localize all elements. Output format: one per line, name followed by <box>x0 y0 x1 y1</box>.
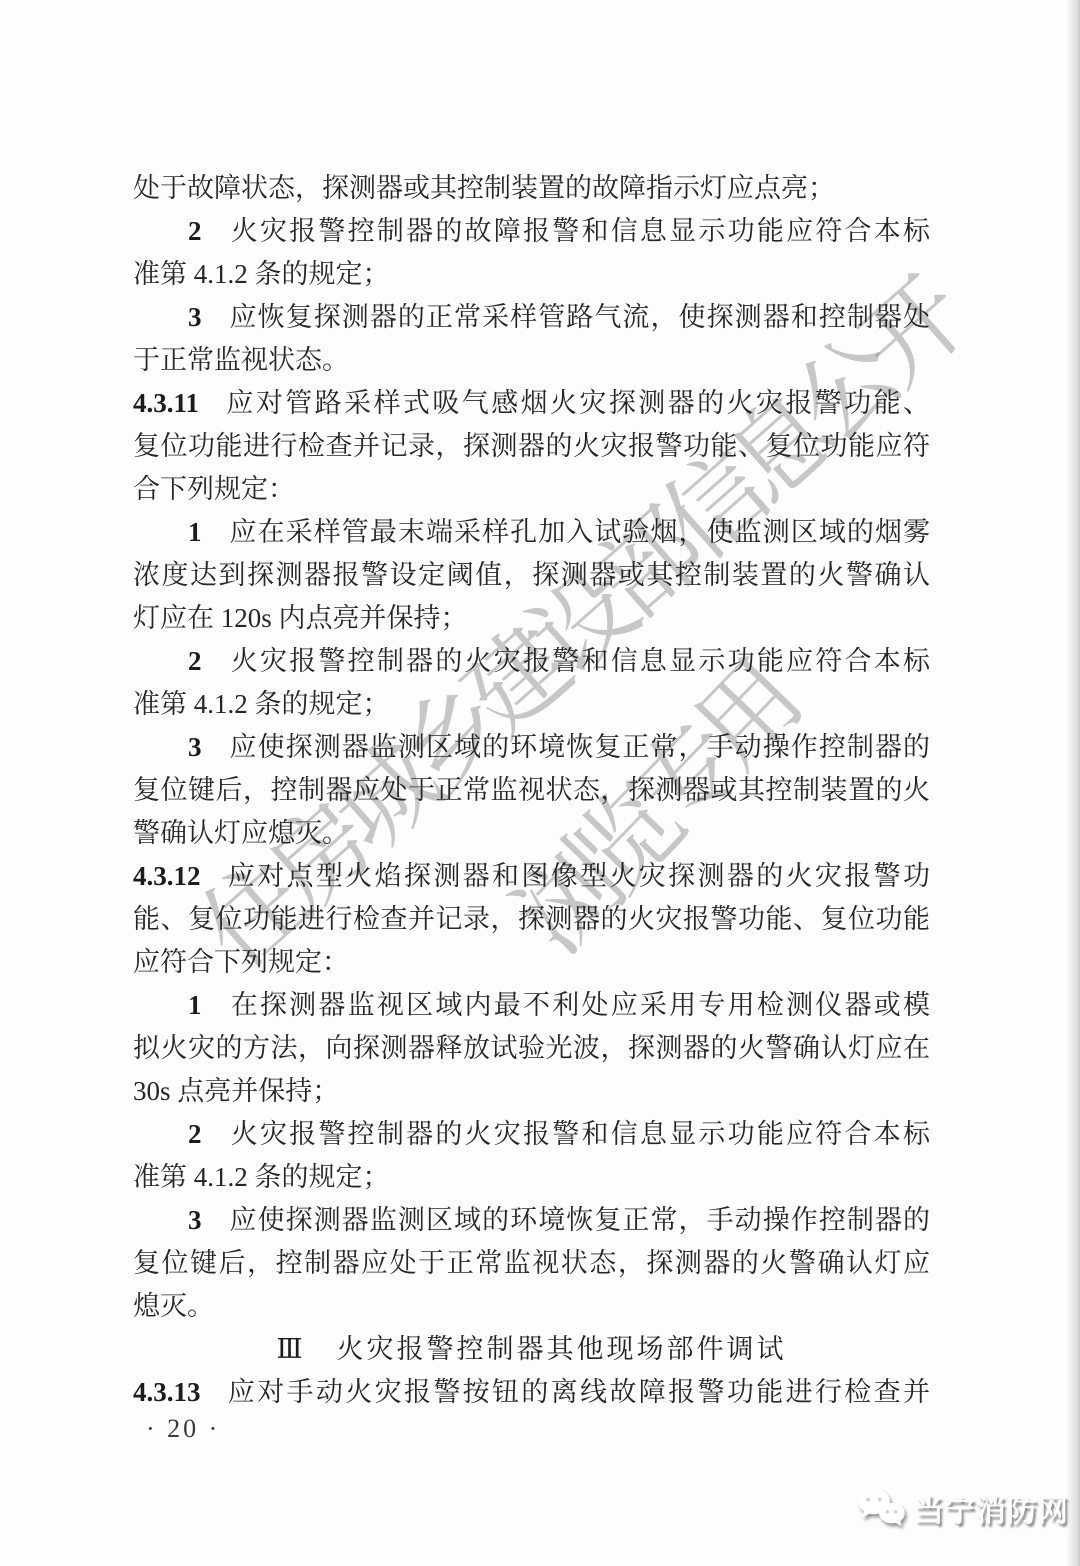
clause-number: 2 <box>188 646 202 676</box>
scan-edge-shading <box>1066 0 1080 1566</box>
text-line: 准第 4.1.2 条的规定； <box>133 1156 930 1199</box>
clause-number: 3 <box>188 1205 202 1235</box>
line-text: 熄灭。 <box>133 1291 214 1321</box>
text-line: 准第 4.1.2 条的规定； <box>133 253 930 296</box>
line-text: 应符合下列规定： <box>133 947 349 977</box>
text-line: 4.3.13应对手动火灾报警按钮的离线故障报警功能进行检查并 <box>133 1371 930 1414</box>
text-line: 3应使探测器监测区域的环境恢复正常，手动操作控制器的 <box>133 726 930 769</box>
section-heading: Ⅲ火灾报警控制器其他现场部件调试 <box>133 1328 930 1371</box>
line-text: 合下列规定： <box>133 474 295 504</box>
line-text: 准第 4.1.2 条的规定； <box>133 1162 390 1192</box>
page-number: · 20 · <box>146 1414 220 1444</box>
text-line: 灯应在 120s 内点亮并保持； <box>133 597 930 640</box>
text-line: 熄灭。 <box>133 1285 930 1328</box>
clause-number: 1 <box>188 990 202 1020</box>
line-text: 应对管路采样式吸气感烟火灾探测器的火灾报警功能、 <box>224 388 930 418</box>
heading-numeral: Ⅲ <box>276 1334 302 1364</box>
line-text: 火灾报警控制器的故障报警和信息显示功能应符合本标 <box>229 216 931 246</box>
text-line: 2火灾报警控制器的故障报警和信息显示功能应符合本标 <box>133 210 930 253</box>
line-text: 浓度达到探测器报警设定阈值，探测器或其控制装置的火警确认 <box>133 560 930 590</box>
line-text: 应对手动火灾报警按钮的离线故障报警功能进行检查并 <box>226 1377 931 1407</box>
text-line: 拟火灾的方法，向探测器释放试验光波，探测器的火警确认灯应在 <box>133 1027 930 1070</box>
line-text: 火灾报警控制器的火灾报警和信息显示功能应符合本标 <box>229 1119 931 1149</box>
clause-number: 2 <box>188 216 202 246</box>
text-line: 4.3.11应对管路采样式吸气感烟火灾探测器的火灾报警功能、 <box>133 382 930 425</box>
line-text: 应使探测器监测区域的环境恢复正常，手动操作控制器的 <box>229 1205 931 1235</box>
text-line: 复位功能进行检查并记录，探测器的火灾报警功能、复位功能应符 <box>133 425 930 468</box>
text-line: 复位键后，控制器应处于正常监视状态，探测器的火警确认灯应 <box>133 1242 930 1285</box>
line-text: 火灾报警控制器的火灾报警和信息显示功能应符合本标 <box>229 646 931 676</box>
text-line: 应符合下列规定： <box>133 941 930 984</box>
site-logo-text: 当宁消防网 <box>914 1486 1069 1530</box>
text-line: 3应恢复探测器的正常采样管路气流，使探测器和控制器处 <box>133 296 930 339</box>
text-line: 能、复位功能进行检查并记录，探测器的火灾报警功能、复位功能 <box>133 898 930 941</box>
clause-number: 4.3.12 <box>133 861 201 891</box>
text-line: 2火灾报警控制器的火灾报警和信息显示功能应符合本标 <box>133 1113 930 1156</box>
line-text: 灯应在 120s 内点亮并保持； <box>133 603 468 633</box>
line-text: 拟火灾的方法，向探测器释放试验光波，探测器的火警确认灯应在 <box>133 1033 930 1063</box>
text-line: 30s 点亮并保持； <box>133 1070 930 1113</box>
document-page: 住房城乡建设部信息公开 浏览专用 处于故障状态，探测器或其控制装置的故障指示灯应… <box>0 0 1080 1566</box>
text-line: 于正常监视状态。 <box>133 339 930 382</box>
line-text: 能、复位功能进行检查并记录，探测器的火灾报警功能、复位功能 <box>133 904 930 934</box>
document-text: 处于故障状态，探测器或其控制装置的故障指示灯应点亮；2火灾报警控制器的故障报警和… <box>133 167 930 1414</box>
line-text: 复位键后，控制器应处于正常监视状态，探测器的火警确认灯应 <box>133 1248 930 1278</box>
clause-number: 1 <box>188 517 202 547</box>
text-line: 2火灾报警控制器的火灾报警和信息显示功能应符合本标 <box>133 640 930 683</box>
site-logo: 当宁消防网 <box>856 1486 1069 1530</box>
clause-number: 4.3.11 <box>133 388 199 418</box>
line-text: 准第 4.1.2 条的规定； <box>133 259 390 289</box>
line-text: 在探测器监视区域内最不利处应采用专用检测仪器或模 <box>229 990 931 1020</box>
text-line: 复位键后，控制器应处于正常监视状态，探测器或其控制装置的火 <box>133 769 930 812</box>
line-text: 于正常监视状态。 <box>133 345 349 375</box>
wechat-bubbles-icon <box>856 1486 906 1530</box>
line-text: 30s 点亮并保持； <box>133 1076 339 1106</box>
clause-number: 3 <box>188 302 202 332</box>
text-line: 1应在采样管最末端采样孔加入试验烟，使监测区域的烟雾 <box>133 511 930 554</box>
clause-number: 3 <box>188 732 202 762</box>
text-line: 处于故障状态，探测器或其控制装置的故障指示灯应点亮； <box>133 167 930 210</box>
text-line: 准第 4.1.2 条的规定； <box>133 683 930 726</box>
text-line: 合下列规定： <box>133 468 930 511</box>
line-text: 应恢复探测器的正常采样管路气流，使探测器和控制器处 <box>229 302 931 332</box>
line-text: 应对点型火焰探测器和图像型火灾探测器的火灾报警功 <box>226 861 931 891</box>
line-text: 应在采样管最末端采样孔加入试验烟，使监测区域的烟雾 <box>229 517 931 547</box>
text-line: 4.3.12应对点型火焰探测器和图像型火灾探测器的火灾报警功 <box>133 855 930 898</box>
clause-number: 2 <box>188 1119 202 1149</box>
text-line: 1在探测器监视区域内最不利处应采用专用检测仪器或模 <box>133 984 930 1027</box>
line-text: 火灾报警控制器其他现场部件调试 <box>337 1334 787 1364</box>
line-text: 复位功能进行检查并记录，探测器的火灾报警功能、复位功能应符 <box>133 431 930 461</box>
line-text: 处于故障状态，探测器或其控制装置的故障指示灯应点亮； <box>133 173 835 203</box>
line-text: 警确认灯应熄灭。 <box>133 818 349 848</box>
line-text: 复位键后，控制器应处于正常监视状态，探测器或其控制装置的火 <box>133 775 930 805</box>
text-line: 浓度达到探测器报警设定阈值，探测器或其控制装置的火警确认 <box>133 554 930 597</box>
text-line: 3应使探测器监测区域的环境恢复正常，手动操作控制器的 <box>133 1199 930 1242</box>
line-text: 应使探测器监测区域的环境恢复正常，手动操作控制器的 <box>229 732 931 762</box>
clause-number: 4.3.13 <box>133 1377 201 1407</box>
text-line: 警确认灯应熄灭。 <box>133 812 930 855</box>
line-text: 准第 4.1.2 条的规定； <box>133 689 390 719</box>
